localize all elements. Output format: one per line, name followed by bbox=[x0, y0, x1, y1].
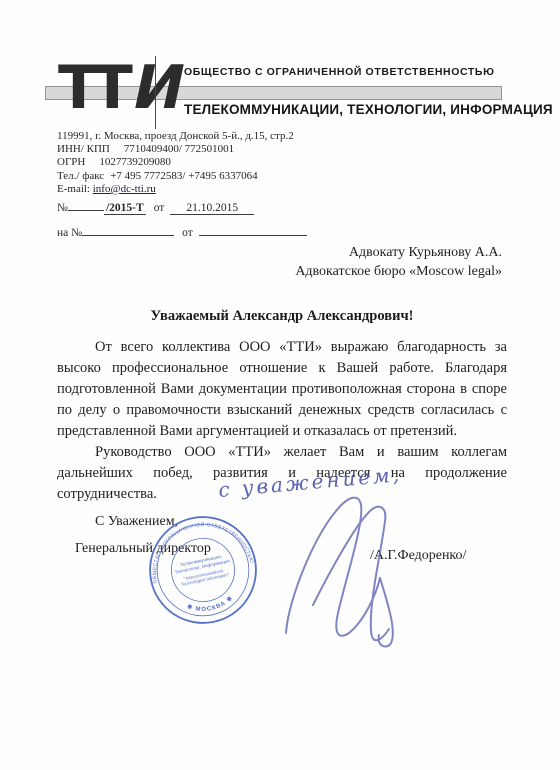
org-type-line: ОБЩЕСТВО С ОГРАНИЧЕННОЙ ОТВЕТСТВЕННОСТЬЮ bbox=[184, 66, 495, 78]
phone-label: Тел./ факс bbox=[57, 170, 104, 183]
contact-address: 119991, г. Москва, проезд Донской 5-й., … bbox=[57, 130, 294, 143]
svg-text:✱ МОСКВА ✱: ✱ МОСКВА ✱ bbox=[185, 594, 236, 618]
logo-divider bbox=[155, 56, 156, 129]
stamp-city-text: ✱ МОСКВА ✱ bbox=[185, 594, 236, 618]
contact-email: E-mail: info@dc-tti.ru bbox=[57, 183, 294, 196]
contact-block: 119991, г. Москва, проезд Донской 5-й., … bbox=[57, 130, 294, 196]
contact-phone: Тел./ факс+7 495 7772583/ +7495 6337064 bbox=[57, 170, 294, 183]
contact-ogrn: ОГРН1027739209080 bbox=[57, 156, 294, 169]
body-paragraph-1: От всего коллектива ООО «ТТИ» выражаю бл… bbox=[57, 337, 507, 442]
director-signature bbox=[258, 483, 443, 661]
reference-reply-row: на № от bbox=[57, 223, 307, 239]
addressee-block: Адвокату Курьянову А.А. Адвокатское бюро… bbox=[295, 244, 502, 281]
ogrn-value: 1027739209080 bbox=[99, 156, 171, 168]
ref-no-blank bbox=[68, 198, 104, 211]
contact-inn-kpp: ИНН/ КПП7710409400/ 772501001 bbox=[57, 143, 294, 156]
org-name-line: ТЕЛЕКОММУНИКАЦИИ, ТЕХНОЛОГИИ, ИНФОРМАЦИЯ bbox=[184, 102, 553, 117]
ref-na-ot-label: от bbox=[182, 227, 193, 239]
ref-na-ot-blank bbox=[199, 223, 307, 236]
reference-block: № /2015-Т от 21.10.2015 на № от bbox=[57, 198, 307, 239]
company-logo: ТТИ bbox=[58, 52, 177, 124]
ref-na-no-blank bbox=[82, 223, 174, 236]
reference-number-row: № /2015-Т от 21.10.2015 bbox=[57, 198, 307, 214]
ref-na-no-label: на № bbox=[57, 227, 82, 239]
email-link: info@dc-tti.ru bbox=[93, 183, 156, 195]
ref-no-label: № bbox=[57, 202, 68, 214]
letter-page: ТТИ ОБЩЕСТВО С ОГРАНИЧЕННОЙ ОТВЕТСТВЕННО… bbox=[0, 0, 560, 770]
inn-kpp-value: 7710409400/ 772501001 bbox=[124, 143, 234, 155]
salutation: Уважаемый Александр Александрович! bbox=[57, 308, 507, 325]
ref-ot-label: от bbox=[154, 202, 165, 214]
email-label: E-mail: bbox=[57, 183, 90, 196]
addressee-name: Адвокату Курьянову А.А. bbox=[295, 244, 502, 263]
inn-kpp-label: ИНН/ КПП bbox=[57, 143, 110, 156]
ogrn-label: ОГРН bbox=[57, 156, 85, 169]
addressee-org: Адвокатское бюро «Moscow legal» bbox=[295, 263, 502, 282]
ref-date-value: 21.10.2015 bbox=[170, 202, 254, 215]
ref-no-value: /2015-Т bbox=[104, 202, 146, 215]
company-stamp: ОБЩЕСТВО С ОГРАНИЧЕННОЙ ОТВЕТСТВЕННОСТЬЮ… bbox=[146, 513, 260, 627]
logo-tt: ТТ bbox=[58, 53, 126, 123]
phone-value: +7 495 7772583/ +7495 6337064 bbox=[110, 170, 257, 182]
